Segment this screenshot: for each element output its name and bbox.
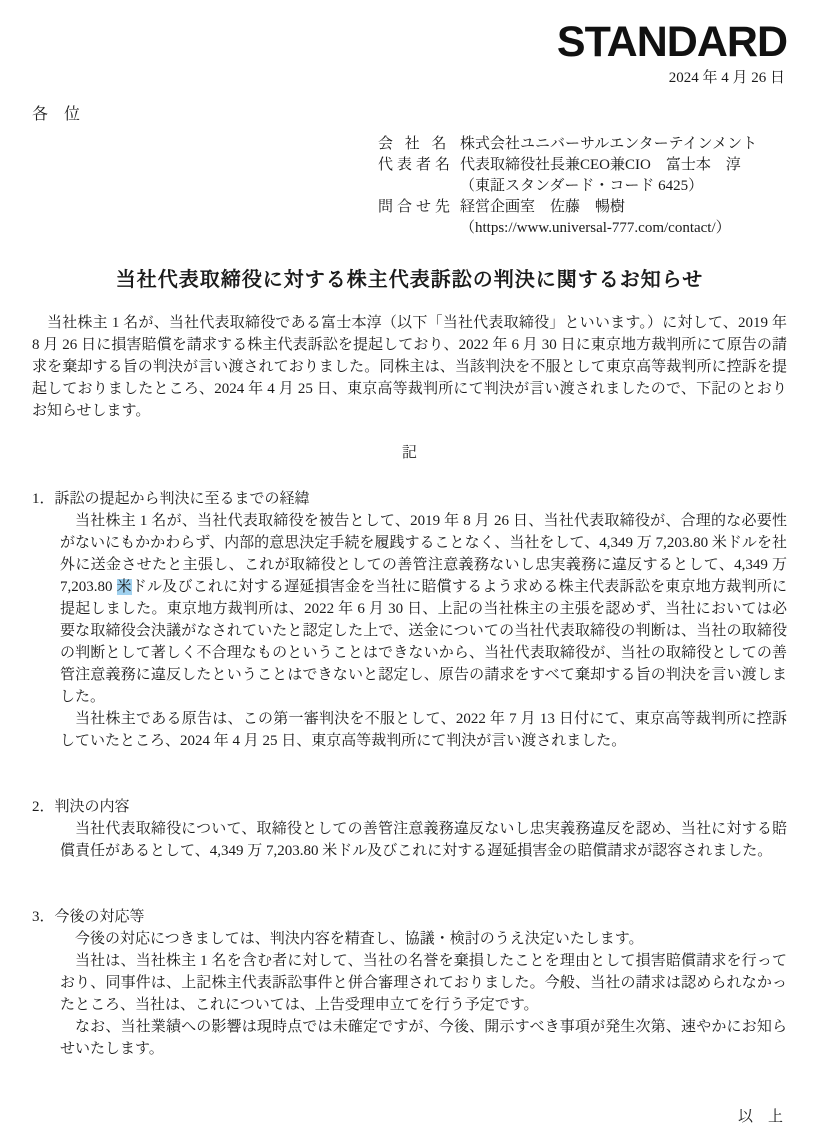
- document-page: STANDARD 2024 年 4 月 26 日 各 位 会 社 名 株式会社ユ…: [0, 0, 819, 1147]
- contact-url-row: （https://www.universal-777.com/contact/）: [378, 218, 787, 239]
- contact-url-value: （https://www.universal-777.com/contact/）: [460, 218, 731, 239]
- company-info-block: 会 社 名 株式会社ユニバーサルエンターテインメント 代表者名 代表取締役社長兼…: [378, 134, 787, 239]
- section-3-paragraph-3: なお、当社業績への影響は現時点では未確定ですが、今後、開示すべき事項が発生次第、…: [60, 1016, 787, 1060]
- intro-paragraph: 当社株主 1 名が、当社代表取締役である富士本淳（以下「当社代表取締役」といいま…: [32, 312, 787, 422]
- section-1-paragraph-1: 当社株主 1 名が、当社代表取締役を被告として、2019 年 8 月 26 日、…: [60, 510, 787, 708]
- document-header: STANDARD 2024 年 4 月 26 日: [32, 20, 787, 88]
- section-2-paragraph-1: 当社代表取締役について、取締役としての善管注意義務違反ないし忠実義務違反を認め、…: [60, 818, 787, 862]
- stock-code-value: （東証スタンダード・コード 6425）: [460, 176, 703, 197]
- representative-label: 代表者名: [378, 155, 460, 176]
- stock-code-label: [378, 176, 460, 197]
- stock-code-row: （東証スタンダード・コード 6425）: [378, 176, 787, 197]
- section-judgment-content: 2．判決の内容 当社代表取締役について、取締役としての善管注意義務違反ないし忠実…: [32, 796, 787, 862]
- section-3-paragraph-1: 今後の対応につきましては、判決内容を精査し、協議・検討のうえ決定いたします。: [60, 928, 787, 950]
- contact-row: 問合せ先 経営企画室 佐藤 暢樹: [378, 197, 787, 218]
- representative-row: 代表者名 代表取締役社長兼CEO兼CIO 富士本 淳: [378, 155, 787, 176]
- section-1-heading: 1．訴訟の提起から判決に至るまでの経緯: [32, 488, 787, 510]
- contact-value: 経営企画室 佐藤 暢樹: [460, 197, 625, 218]
- company-name-row: 会 社 名 株式会社ユニバーサルエンターテインメント: [378, 134, 787, 155]
- representative-value: 代表取締役社長兼CEO兼CIO 富士本 淳: [460, 155, 741, 176]
- ki-marker: 記: [32, 442, 787, 464]
- section-3-body: 今後の対応につきましては、判決内容を精査し、協議・検討のうえ決定いたします。 当…: [60, 928, 787, 1060]
- company-name-label: 会 社 名: [378, 134, 460, 155]
- company-name-value: 株式会社ユニバーサルエンターテインメント: [460, 134, 757, 155]
- section-2-body: 当社代表取締役について、取締役としての善管注意義務違反ないし忠実義務違反を認め、…: [60, 818, 787, 862]
- page-title: 当社代表取締役に対する株主代表訴訟の判決に関するお知らせ: [32, 263, 787, 292]
- section-1-paragraph-2: 当社株主である原告は、この第一審判決を不服として、2022 年 7 月 13 日…: [60, 708, 787, 752]
- section-lawsuit-history: 1．訴訟の提起から判決に至るまでの経緯 当社株主 1 名が、当社代表取締役を被告…: [32, 488, 787, 752]
- closing-mark: 以 上: [32, 1106, 787, 1128]
- contact-url-label: [378, 218, 460, 239]
- section-future-response: 3．今後の対応等 今後の対応につきましては、判決内容を精査し、協議・検討のうえ決…: [32, 906, 787, 1060]
- salutation: 各 位: [32, 104, 787, 126]
- tse-standard-market-logo: STANDARD: [32, 20, 787, 65]
- contact-label: 問合せ先: [378, 197, 460, 218]
- section-3-heading: 3．今後の対応等: [32, 906, 787, 928]
- section-1-body: 当社株主 1 名が、当社代表取締役を被告として、2019 年 8 月 26 日、…: [60, 510, 787, 752]
- search-highlight: 米: [117, 579, 132, 595]
- section-3-paragraph-2: 当社は、当社株主 1 名を含む者に対して、当社の名誉を棄損したことを理由として損…: [60, 950, 787, 1016]
- section-2-heading: 2．判決の内容: [32, 796, 787, 818]
- section-1-paragraph-1-after-highlight: ドル及びこれに対する遅延損害金を当社に賠償するよう求める株主代表訴訟を東京地方裁…: [60, 579, 787, 705]
- release-date: 2024 年 4 月 26 日: [32, 68, 787, 88]
